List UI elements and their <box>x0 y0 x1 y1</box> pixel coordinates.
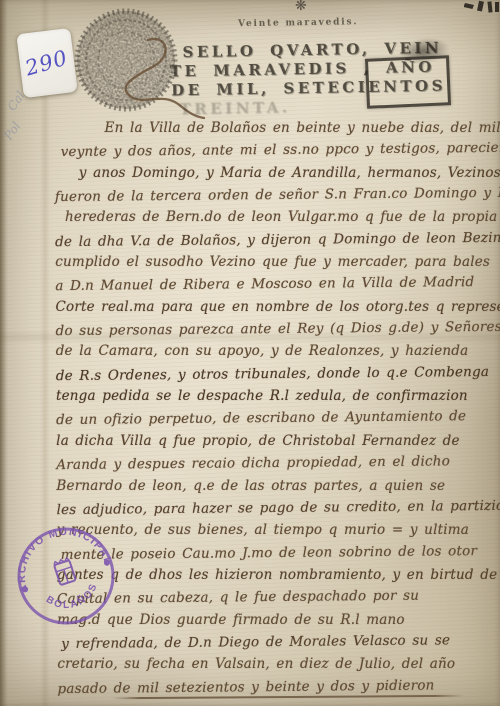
rosette-icon: ❋ <box>295 0 307 14</box>
manuscript-line: les adjudico, para hazer se pago de su c… <box>56 495 490 522</box>
archive-number: 290 <box>23 46 71 81</box>
manuscript-line: Corte real.ma para que en nombre de los … <box>55 296 489 318</box>
manuscript-line: En la Villa de Bolaños en beinte y nuebe… <box>55 117 489 139</box>
manuscript-line: a D.n Manuel de Ribera e Moscoso en la V… <box>55 271 489 298</box>
manuscript-line: de un ofizio perpetuo, de escribano de A… <box>56 405 490 432</box>
archive-shield-icon <box>53 557 76 585</box>
manuscript-line: cretario, su fecha en Valsain, en diez d… <box>57 653 491 675</box>
archive-number-sticker: 290 <box>16 28 77 98</box>
manuscript-line: mente le poseio Cau.mo J.mo de leon sobr… <box>57 539 491 566</box>
manuscript-line: do sus personas parezca ante el Rey (q D… <box>55 316 489 343</box>
manuscript-line: y refrendada, de D.n Diego de Morales Ve… <box>57 629 491 656</box>
manuscript-line: Aranda y despues recaio dicha propiedad,… <box>56 450 490 477</box>
manuscript-line: cumplido el susodho Vezino que fue y mer… <box>55 251 489 273</box>
manuscript-line: y recuento, de sus bienes, al tiempo q m… <box>57 519 491 541</box>
manuscript-line: fueron de la tercera orden de señor S.n … <box>55 182 489 209</box>
manuscript-line: la dicha Villa q fue propio, de Christob… <box>56 430 490 452</box>
manuscript-line: Bernardo de leon, q.e de las otras parte… <box>56 474 490 496</box>
manuscript-line: de R.s Ordenes, y otros tribunales, dond… <box>56 361 490 388</box>
manuscript-line: de la dha V.a de Bolaños, y dijeron q Do… <box>55 227 489 254</box>
small-tax-stamp-text: Veinte maravedis. <box>238 17 388 30</box>
manuscript-line: herederas de Bern.do de leon Vulgar.mo q… <box>55 206 489 228</box>
manuscript-page: 290 ❋ Veinte maravedis. SELLO QVARTO, VE… <box>0 0 500 706</box>
manuscript-line: veynte y dos años, ante mi el ss.no ppco… <box>55 137 489 164</box>
manuscript-line: y anos Domingo, y Maria de Arandilla, he… <box>55 162 489 184</box>
cropped-stamp-marks <box>464 0 500 14</box>
manuscript-line: de la Camara, con su apoyo, y de Realonz… <box>56 340 490 362</box>
manuscript-line: tenga pedida se le despache R.l zedula, … <box>56 385 490 407</box>
